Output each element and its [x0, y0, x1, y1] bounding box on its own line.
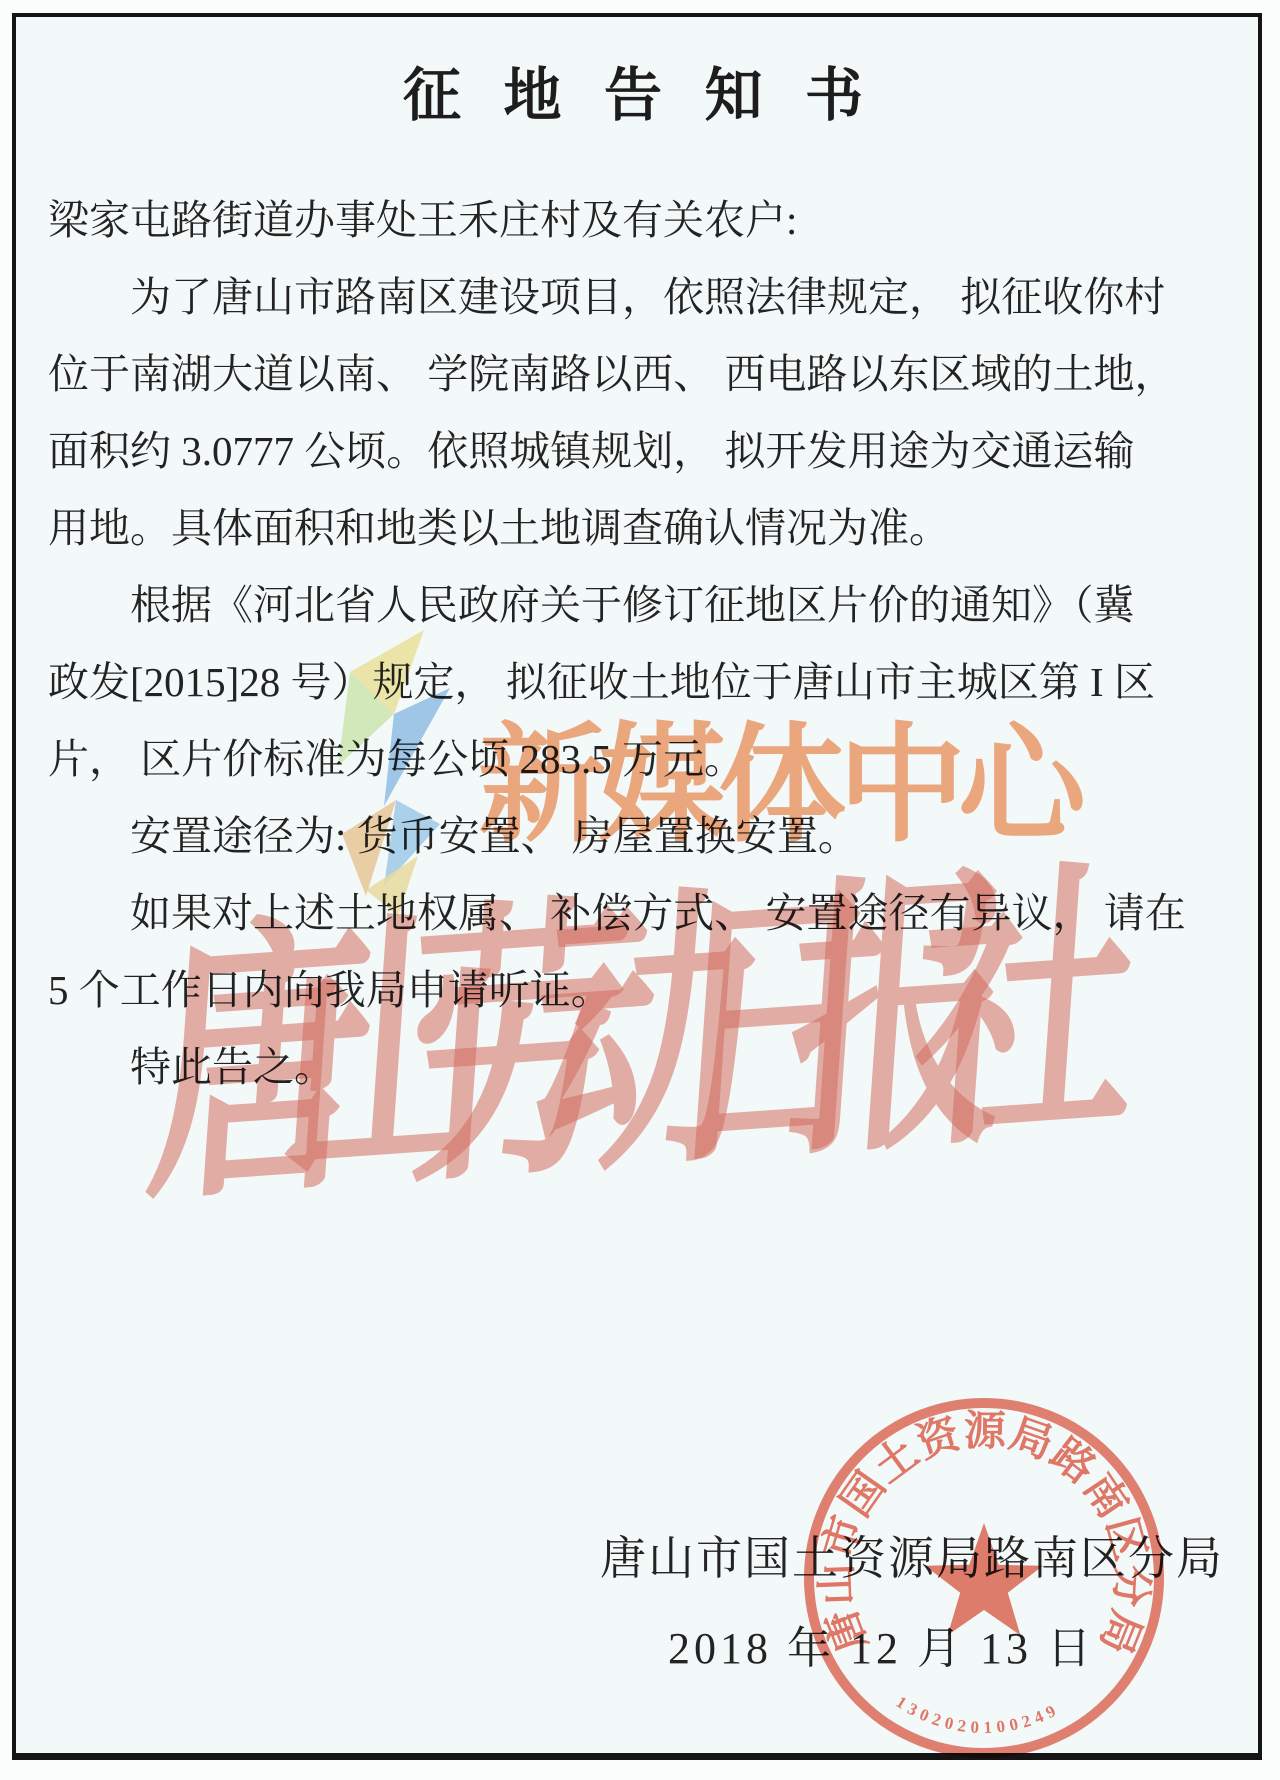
body-line: 根据《河北省人民政府关于修订征地区片价的通知》（冀 [48, 567, 1108, 644]
body-line: 用地。具体面积和地类以土地调查确认情况为准。 [48, 490, 1108, 567]
addressee-line: 梁家屯路街道办事处王禾庄村及有关农户: [48, 182, 1108, 259]
svg-text:1302020100249: 1302020100249 [893, 1692, 1064, 1737]
official-seal: 唐山市国土资源局路南区分局 1302020100249 [784, 1378, 1184, 1778]
seal-star-icon [925, 1523, 1043, 1635]
seal-serial-number: 1302020100249 [893, 1692, 1064, 1737]
scanned-notice-page: { "document": { "title": "征 地 告 知 书", "a… [0, 0, 1280, 1780]
notice-title: 征 地 告 知 书 [0, 48, 1280, 132]
newspaper-calligraphy-watermark: 唐山劳动日报社 [139, 773, 1062, 1256]
body-line: 位于南湖大道以南、 学院南路以西、 西电路以东区域的土地， [48, 336, 1108, 413]
body-line: 为了唐山市路南区建设项目，依照法律规定， 拟征收你村 [48, 259, 1108, 336]
body-line: 面积约 3.0777 公顷。依照城镇规划， 拟开发用途为交通运输 [48, 413, 1108, 490]
